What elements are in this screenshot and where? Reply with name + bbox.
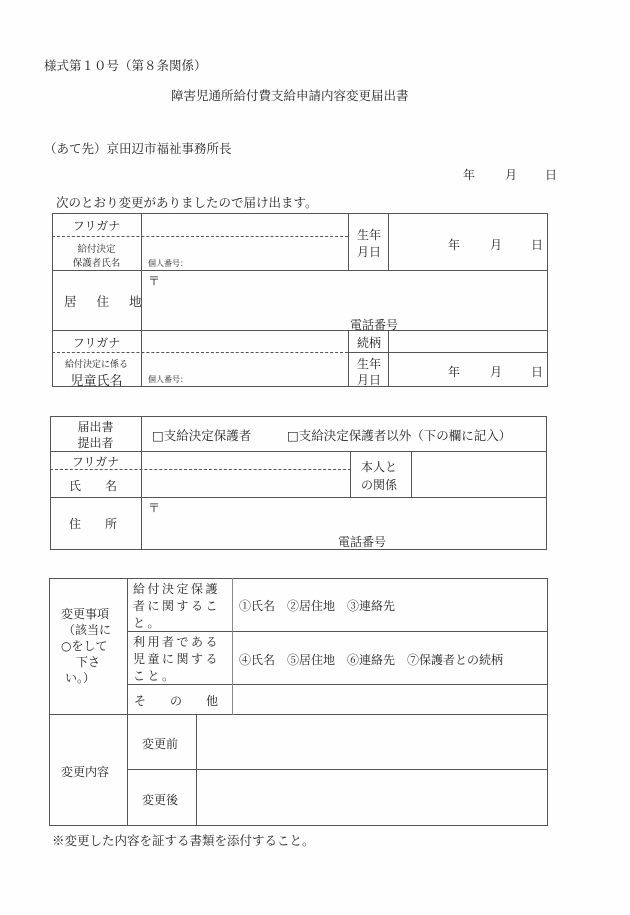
guardian-category-line2: 者に関するこ	[133, 597, 220, 614]
change-items-label-line2: （該当に	[63, 621, 111, 638]
guardian-category-line3: と。	[133, 614, 162, 631]
option-guardian-checkbox[interactable]: □支給決定保護者	[152, 426, 251, 444]
relation-label: 続柄	[357, 334, 381, 351]
date-year[interactable]: 年	[463, 166, 475, 183]
submitter-label-line1: 届出書	[50, 418, 141, 435]
change-items-label-line3: ○をして	[61, 637, 107, 654]
child-label-line2: 児童氏名	[52, 370, 141, 389]
child-birth-year[interactable]: 年	[448, 363, 460, 380]
form-number: 様式第１０号（第８条関係）	[44, 56, 207, 74]
date-month[interactable]: 月	[505, 166, 517, 183]
child-category-line3: こと。	[133, 667, 177, 684]
child-name-field[interactable]	[142, 353, 347, 385]
submitter-furigana-label: フリガナ	[50, 453, 141, 470]
guardian-birth-label-line1: 生年	[357, 226, 381, 243]
submitter-relation-field[interactable]	[412, 452, 545, 496]
after-field[interactable]	[197, 770, 546, 824]
document-title: 障害児通所給付費支給申請内容変更届出書	[171, 86, 409, 104]
guardian-birth-day[interactable]: 日	[531, 236, 543, 253]
other-field[interactable]	[233, 685, 546, 713]
submitter-relation-label-line1: 本人と	[361, 458, 397, 475]
submitter-name-label: 氏 名	[69, 477, 117, 494]
child-birth-month[interactable]: 月	[490, 363, 502, 380]
submitter-relation-label-line2: の関係	[361, 476, 397, 493]
guardian-category-line1: 給付決定保護	[133, 580, 220, 597]
option-other-checkbox[interactable]: □支給決定保護者以外（下の欄に記入）	[287, 426, 511, 444]
child-category-line2: 児童に関する	[133, 650, 220, 667]
change-content-label: 変更内容	[61, 763, 109, 780]
submitter-address-label: 住 所	[69, 515, 117, 532]
change-items-label-line5: い。）	[65, 669, 95, 686]
residence-label: 居 住 地	[64, 292, 149, 310]
child-birth-day[interactable]: 日	[531, 363, 543, 380]
date-day[interactable]: 日	[545, 166, 557, 183]
after-label: 変更後	[142, 791, 178, 808]
child-label-line1: 給付決定に係る	[52, 357, 141, 370]
guardian-name-label-line1: 給付決定	[52, 241, 141, 255]
child-category-line1: 利用者である	[133, 633, 220, 650]
guardian-birth-month[interactable]: 月	[490, 236, 502, 253]
guardian-furigana-field[interactable]	[142, 214, 347, 236]
guardian-birth-year[interactable]: 年	[448, 236, 460, 253]
submitter-furigana-field[interactable]	[142, 452, 349, 468]
guardian-name-label-line2: 保護者氏名	[52, 255, 141, 269]
guardian-birth-label-line2: 月日	[357, 243, 381, 260]
child-birth-label-line2: 月日	[357, 371, 381, 388]
submitter-name-field[interactable]	[142, 470, 349, 496]
residence-field[interactable]	[142, 271, 547, 329]
before-label: 変更前	[142, 735, 178, 752]
other-label: そ の 他	[134, 692, 218, 709]
child-birth-label-line1: 生年	[357, 355, 381, 372]
guardian-change-options[interactable]: ①氏名 ②居住地 ③連絡先	[239, 597, 395, 614]
child-change-options[interactable]: ④氏名 ⑤居住地 ⑥連絡先 ⑦保護者との続柄	[239, 651, 503, 668]
before-field[interactable]	[197, 715, 546, 768]
guardian-furigana-label: フリガナ	[52, 217, 141, 234]
intro-text: 次のとおり変更がありましたので届け出ます。	[56, 193, 318, 211]
relation-field[interactable]	[389, 331, 546, 351]
change-items-label-line4: 下さ	[76, 653, 100, 670]
submitter-label-line2: 提出者	[50, 434, 141, 451]
child-furigana-label: フリガナ	[52, 334, 141, 351]
guardian-name-field[interactable]	[142, 237, 347, 269]
submitter-phone-label: 電話番号	[338, 533, 386, 550]
footer-note: ※変更した内容を証する書類を添付すること。	[52, 831, 315, 849]
change-items-label-line1: 変更事項	[61, 605, 109, 622]
child-furigana-field[interactable]	[142, 331, 347, 351]
addressee: （あて先）京田辺市福祉事務所長	[44, 139, 232, 157]
